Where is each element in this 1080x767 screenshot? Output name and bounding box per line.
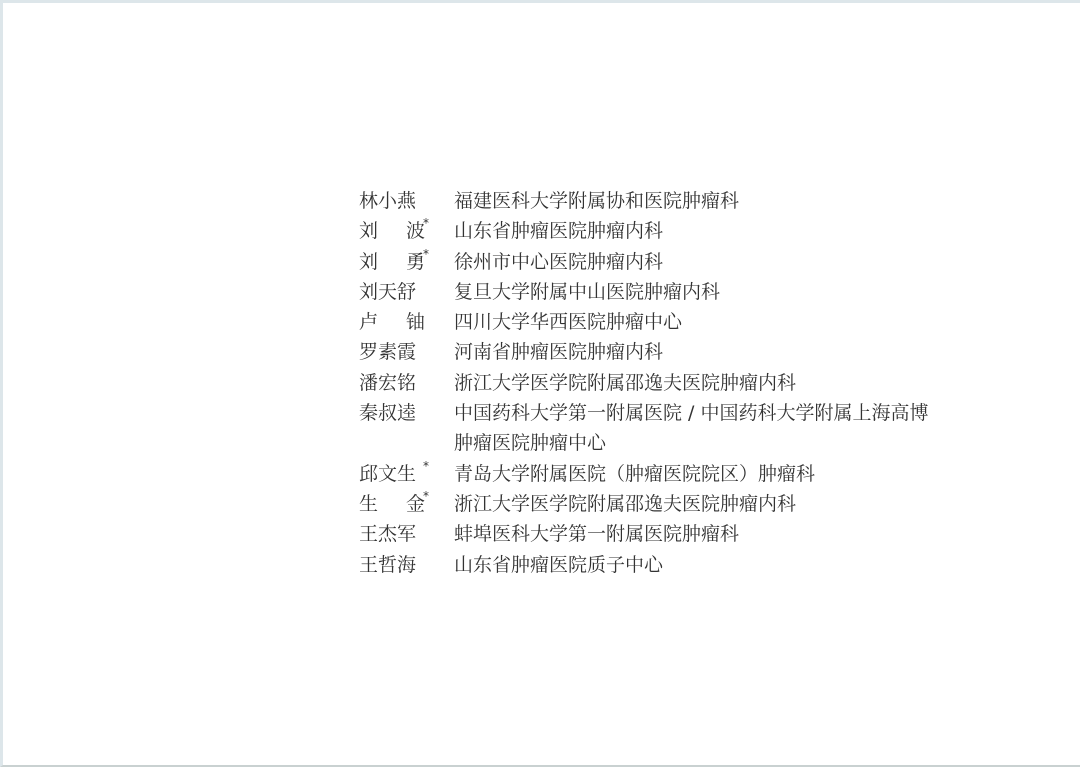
list-item: 秦叔逵 中国药科大学第一附属医院 / 中国药科大学附属上海高博 肿瘤医院肿瘤中心 <box>359 398 974 459</box>
author-name: 林小燕 <box>359 186 454 216</box>
author-affiliation: 福建医科大学附属协和医院肿瘤科 <box>454 186 974 216</box>
author-affiliation: 山东省肿瘤医院肿瘤内科 <box>454 216 974 246</box>
author-name: 刘天舒 <box>359 277 454 307</box>
list-item: 林小燕 福建医科大学附属协和医院肿瘤科 <box>359 186 974 216</box>
author-affiliation: 复旦大学附属中山医院肿瘤内科 <box>454 277 974 307</box>
author-affiliation: 浙江大学医学院附属邵逸夫医院肿瘤内科 <box>454 489 974 519</box>
list-item: 潘宏铭 浙江大学医学院附属邵逸夫医院肿瘤内科 <box>359 368 974 398</box>
author-name: 生金* <box>359 489 454 519</box>
author-affiliation: 青岛大学附属医院（肿瘤医院院区）肿瘤科 <box>454 459 974 489</box>
author-affiliation: 徐州市中心医院肿瘤内科 <box>454 247 974 277</box>
author-name: 秦叔逵 <box>359 398 454 428</box>
list-item: 罗素霞 河南省肿瘤医院肿瘤内科 <box>359 337 974 367</box>
author-name: 王哲海 <box>359 550 454 580</box>
author-name: 卢铀 <box>359 307 454 337</box>
corresponding-mark: * <box>423 451 429 481</box>
list-item: 卢铀 四川大学华西医院肿瘤中心 <box>359 307 974 337</box>
author-affiliation: 中国药科大学第一附属医院 / 中国药科大学附属上海高博 肿瘤医院肿瘤中心 <box>454 398 974 459</box>
author-name: 刘波* <box>359 216 454 246</box>
author-name: 潘宏铭 <box>359 368 454 398</box>
affiliation-line-2: 肿瘤医院肿瘤中心 <box>454 428 974 458</box>
affiliation-line-1: 中国药科大学第一附属医院 / 中国药科大学附属上海高博 <box>454 398 974 428</box>
author-name: 王杰军 <box>359 519 454 549</box>
list-item: 邱文生* 青岛大学附属医院（肿瘤医院院区）肿瘤科 <box>359 459 974 489</box>
author-affiliation: 蚌埠医科大学第一附属医院肿瘤科 <box>454 519 974 549</box>
author-affiliation: 四川大学华西医院肿瘤中心 <box>454 307 974 337</box>
corresponding-mark: * <box>423 481 429 511</box>
document-page: 林小燕 福建医科大学附属协和医院肿瘤科 刘波* 山东省肿瘤医院肿瘤内科 刘勇* … <box>0 0 1080 767</box>
list-item: 生金* 浙江大学医学院附属邵逸夫医院肿瘤内科 <box>359 489 974 519</box>
author-affiliation: 浙江大学医学院附属邵逸夫医院肿瘤内科 <box>454 368 974 398</box>
list-item: 刘波* 山东省肿瘤医院肿瘤内科 <box>359 216 974 246</box>
author-list: 林小燕 福建医科大学附属协和医院肿瘤科 刘波* 山东省肿瘤医院肿瘤内科 刘勇* … <box>359 186 974 580</box>
author-affiliation: 山东省肿瘤医院质子中心 <box>454 550 974 580</box>
corresponding-mark: * <box>423 208 429 238</box>
list-item: 刘天舒 复旦大学附属中山医院肿瘤内科 <box>359 277 974 307</box>
author-name: 刘勇* <box>359 247 454 277</box>
author-affiliation: 河南省肿瘤医院肿瘤内科 <box>454 337 974 367</box>
list-item: 王哲海 山东省肿瘤医院质子中心 <box>359 550 974 580</box>
list-item: 王杰军 蚌埠医科大学第一附属医院肿瘤科 <box>359 519 974 549</box>
corresponding-mark: * <box>423 239 429 269</box>
author-name: 罗素霞 <box>359 337 454 367</box>
author-name: 邱文生* <box>359 459 454 489</box>
list-item: 刘勇* 徐州市中心医院肿瘤内科 <box>359 247 974 277</box>
